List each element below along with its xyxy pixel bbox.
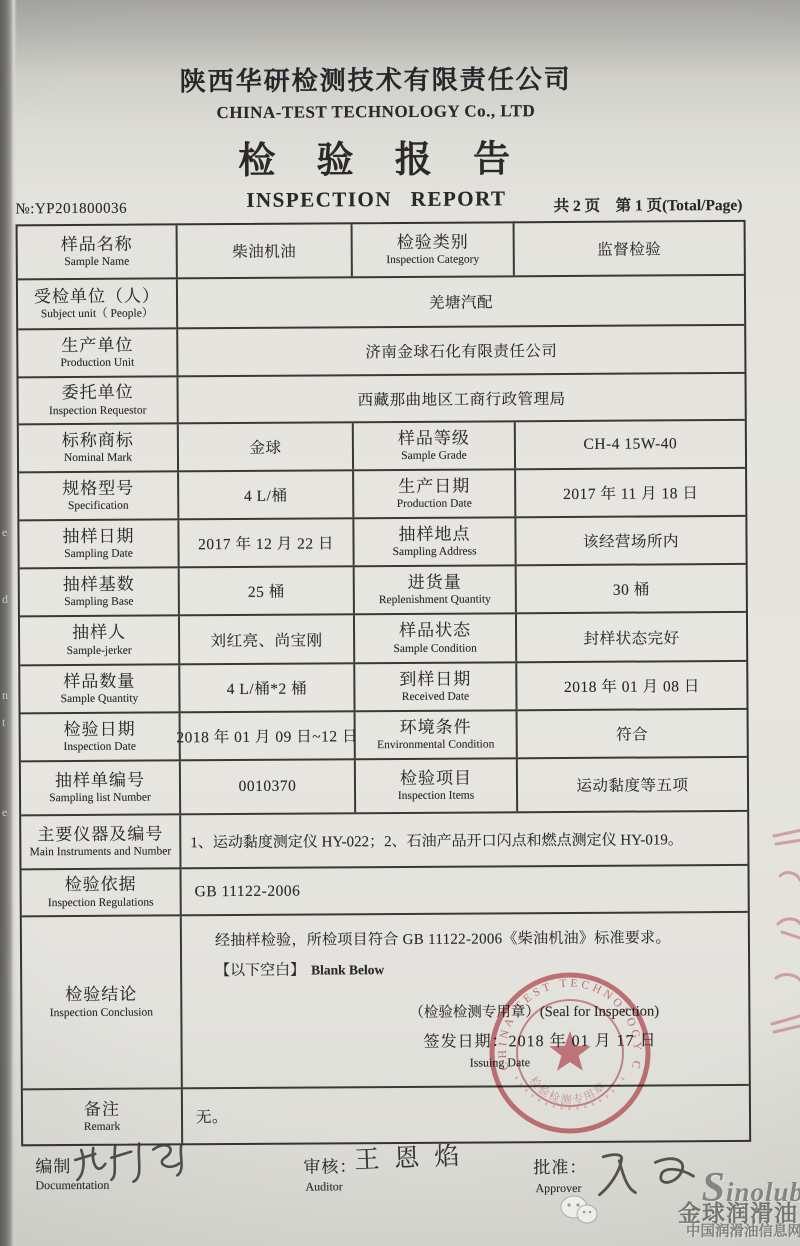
field-label-cn: 到样日期 xyxy=(399,669,471,689)
watermark: Sinolub 金球润滑油 中国润滑油信息网 xyxy=(551,1162,800,1246)
field-label: 样品等级Sample Grade xyxy=(354,422,516,469)
seal-star-icon xyxy=(549,1031,591,1071)
field-label-en: Inspection Conclusion xyxy=(50,1006,153,1019)
field-value: 羌塘汽配 xyxy=(178,276,744,327)
field-label: 抽样日期Sampling Date xyxy=(19,520,179,567)
field-label: 检验日期Inspection Date xyxy=(21,713,181,760)
wechat-icon xyxy=(559,1194,599,1228)
conclusion-cell: 经抽样检验，所检项目符合 GB 11122-2006《柴油机油》标准要求。 【以… xyxy=(182,913,749,1087)
field-label: 样品名称Sample Name xyxy=(18,225,178,278)
field-label: 标称商标Nominal Mark xyxy=(19,424,179,471)
field-label-cn: 委托单位 xyxy=(62,383,134,403)
field-label-cn: 检验结论 xyxy=(65,985,137,1005)
prepared-label: 编制 xyxy=(35,1152,71,1177)
field-label-cn: 生产日期 xyxy=(398,476,470,496)
field-label-cn: 抽样基数 xyxy=(63,575,135,595)
field-label-en: Sample Grade xyxy=(401,450,467,463)
page-count: 共 2 页 第 1 页(Total/Page) xyxy=(554,193,743,216)
blank-below-note: 【以下空白】Blank Below xyxy=(215,958,384,980)
field-label-cn: 受检单位（人） xyxy=(34,286,160,306)
field-label-en: Sampling Address xyxy=(393,546,477,559)
field-label-en: Production Unit xyxy=(60,357,134,370)
field-label: 检验结论Inspection Conclusion xyxy=(22,916,183,1088)
field-value: 1、运动黏度测定仪 HY-022；2、石油产品开口闪点和燃点测定仪 HY-019… xyxy=(181,812,747,867)
field-label-cn: 环境条件 xyxy=(400,717,472,737)
field-value: 2017 年 11 月 18 日 xyxy=(516,469,745,516)
field-label: 进货量Replenishment Quantity xyxy=(355,566,517,613)
field-value: CH-4 15W-40 xyxy=(516,421,745,468)
field-value: 封样状态完好 xyxy=(517,613,746,661)
document-sheet: 陕西华研检测技术有限责任公司 CHINA-TEST TECHNOLOGY Co.… xyxy=(0,0,800,1246)
blank-below-en: Blank Below xyxy=(311,962,384,977)
field-label-en: Sample Name xyxy=(64,256,129,269)
field-value: 2018 年 01 月 09 日~12 日 xyxy=(181,712,356,759)
field-label-en: Inspection Date xyxy=(63,741,136,754)
field-label-cn: 样品名称 xyxy=(61,235,133,255)
field-value: 金球 xyxy=(179,423,354,470)
field-label-cn: 备注 xyxy=(84,1100,120,1120)
field-label-en: Sample Condition xyxy=(393,642,476,655)
table-row: 抽样日期Sampling Date2017 年 12 月 22 日抽样地点Sam… xyxy=(19,517,745,569)
field-value: 柴油机油 xyxy=(178,224,353,277)
field-label: 受检单位（人）Subject unit（ People） xyxy=(18,279,178,328)
field-label-en: Environmental Condition xyxy=(377,739,494,752)
field-label-en: Sampling list Number xyxy=(49,792,151,805)
field-label-cn: 规格型号 xyxy=(62,479,134,499)
field-value: 0010370 xyxy=(181,760,356,813)
field-value: 无。 xyxy=(183,1086,749,1143)
table-row: 样品数量Sample Quantity4 L/桶*2 桶到样日期Received… xyxy=(20,662,746,714)
field-label-en: Sampling Date xyxy=(64,548,133,561)
field-label-cn: 样品等级 xyxy=(398,428,470,448)
field-label-cn: 主要仪器及编号 xyxy=(37,824,163,844)
audit-label: 审核： xyxy=(303,1152,357,1177)
audit-label-en: Auditor xyxy=(305,1179,342,1194)
table-row: 标称商标Nominal Mark金球样品等级Sample GradeCH-4 1… xyxy=(19,421,745,473)
field-label: 抽样地点Sampling Address xyxy=(354,518,516,565)
field-label-en: Sample Quantity xyxy=(61,693,139,706)
field-label-cn: 抽样人 xyxy=(72,623,126,643)
field-value: 该经营场所内 xyxy=(516,517,745,564)
field-label: 生产单位Production Unit xyxy=(18,329,178,376)
field-label: 抽样单编号Sampling list Number xyxy=(21,761,181,814)
field-label: 检验依据Inspection Regulations xyxy=(22,869,182,915)
field-label-cn: 抽样日期 xyxy=(62,527,134,547)
field-label-en: Nominal Mark xyxy=(64,452,132,465)
field-value: 2018 年 01 月 08 日 xyxy=(517,662,746,709)
table-row: 抽样人Sample-jerker刘红亮、尚宝刚样品状态Sample Condit… xyxy=(20,613,746,666)
field-value: 运动黏度等五项 xyxy=(518,758,747,811)
field-label-en: Replenishment Quantity xyxy=(379,594,491,607)
company-name-en: CHINA-TEST TECHNOLOGY Co., LTD xyxy=(0,100,755,125)
field-label-cn: 检验项目 xyxy=(400,768,472,788)
field-label: 抽样基数Sampling Base xyxy=(20,568,180,615)
table-row: 受检单位（人）Subject unit（ People）羌塘汽配 xyxy=(18,276,744,330)
table-row: 检验日期Inspection Date2018 年 01 月 09 日~12 日… xyxy=(21,710,747,762)
field-value: 济南金球石化有限责任公司 xyxy=(178,326,744,375)
table-row: 主要仪器及编号Main Instruments and Number1、运动黏度… xyxy=(21,812,747,870)
field-label-cn: 样品数量 xyxy=(63,672,135,692)
field-value: 4 L/桶 xyxy=(179,471,354,518)
conclusion-text: 经抽样检验，所检项目符合 GB 11122-2006《柴油机油》标准要求。 xyxy=(215,926,671,950)
field-value: 25 桶 xyxy=(180,567,355,614)
table-row: 样品名称Sample Name柴油机油检验类别Inspection Catego… xyxy=(18,222,744,280)
field-label-cn: 样品状态 xyxy=(399,621,471,641)
field-label: 样品状态Sample Condition xyxy=(355,614,517,662)
prepared-handwritten-signature xyxy=(73,1135,203,1188)
field-label-cn: 进货量 xyxy=(408,573,462,593)
field-value: GB 11122-2006 xyxy=(182,866,748,914)
field-label-en: Specification xyxy=(68,500,129,513)
field-label: 生产日期Production Date xyxy=(354,470,516,517)
table-row: 检验依据Inspection RegulationsGB 11122-2006 xyxy=(22,866,748,917)
report-title-cn: 检 验 报 告 xyxy=(0,127,755,186)
field-label: 环境条件Environmental Condition xyxy=(356,711,518,758)
field-label: 样品数量Sample Quantity xyxy=(20,665,180,712)
field-label: 抽样人Sample-jerker xyxy=(20,616,180,664)
field-label-en: Sampling Base xyxy=(64,596,133,609)
field-value: 4 L/桶*2 桶 xyxy=(180,664,355,711)
stamp-fragment xyxy=(756,828,800,1038)
field-label-cn: 检验依据 xyxy=(65,875,137,895)
inspection-seal: CHINA-TEST TECHNOLOGY CO., LTD 检验检测专用章 xyxy=(486,969,654,1137)
field-label-cn: 抽样地点 xyxy=(398,524,470,544)
field-value: 西藏那曲地区工商行政管理局 xyxy=(178,374,744,422)
field-label: 规格型号Specification xyxy=(19,472,179,519)
field-label-en: Received Date xyxy=(402,691,469,704)
field-label: 到样日期Received Date xyxy=(355,663,517,710)
field-value: 监督检验 xyxy=(515,222,744,275)
field-label-en: Inspection Category xyxy=(386,254,479,267)
field-label: 检验项目Inspection Items xyxy=(356,759,518,812)
table-row: 抽样单编号Sampling list Number0010370检验项目Insp… xyxy=(21,758,747,816)
company-name-cn: 陕西华研检测技术有限责任公司 xyxy=(0,58,755,100)
blank-below-cn: 【以下空白】 xyxy=(215,963,305,980)
field-label-cn: 检验类别 xyxy=(397,232,469,252)
table-row: 生产单位Production Unit济南金球石化有限责任公司 xyxy=(18,326,744,378)
field-value: 刘红亮、尚宝刚 xyxy=(180,615,355,663)
table-row: 规格型号Specification4 L/桶生产日期Production Dat… xyxy=(19,469,745,521)
field-label-cn: 生产单位 xyxy=(61,336,133,356)
field-label-cn: 标称商标 xyxy=(62,431,134,451)
field-label-cn: 抽样单编号 xyxy=(55,770,145,790)
field-label: 主要仪器及编号Main Instruments and Number xyxy=(21,815,181,868)
field-label: 检验类别Inspection Category xyxy=(353,223,515,276)
field-label-en: Inspection Items xyxy=(398,790,474,803)
field-label-en: Sample-jerker xyxy=(67,645,132,658)
audit-handwritten-signature: 王恩焰 xyxy=(354,1135,475,1176)
field-value: 30 桶 xyxy=(517,565,746,612)
report-header: 陕西华研检测技术有限责任公司 CHINA-TEST TECHNOLOGY Co.… xyxy=(0,58,755,215)
report-number: №:YP201800036 xyxy=(15,201,127,219)
table-row: 抽样基数Sampling Base25 桶进货量Replenishment Qu… xyxy=(20,565,746,617)
field-label-en: Main Instruments and Number xyxy=(30,846,172,860)
field-label-en: Inspection Requestor xyxy=(49,404,146,417)
field-value: 符合 xyxy=(518,710,747,757)
field-label-en: Inspection Regulations xyxy=(48,896,154,909)
watermark-line2: 中国润滑油信息网 xyxy=(686,1220,800,1241)
field-label-en: Subject unit（ People） xyxy=(41,308,154,321)
field-label-en: Production Date xyxy=(397,498,472,511)
field-label-cn: 检验日期 xyxy=(64,720,136,740)
field-label-en: Remark xyxy=(84,1121,120,1134)
field-value: 2017 年 12 月 22 日 xyxy=(179,519,354,566)
field-label: 委托单位Inspection Requestor xyxy=(18,377,178,423)
table-row: 委托单位Inspection Requestor西藏那曲地区工商行政管理局 xyxy=(18,374,744,425)
